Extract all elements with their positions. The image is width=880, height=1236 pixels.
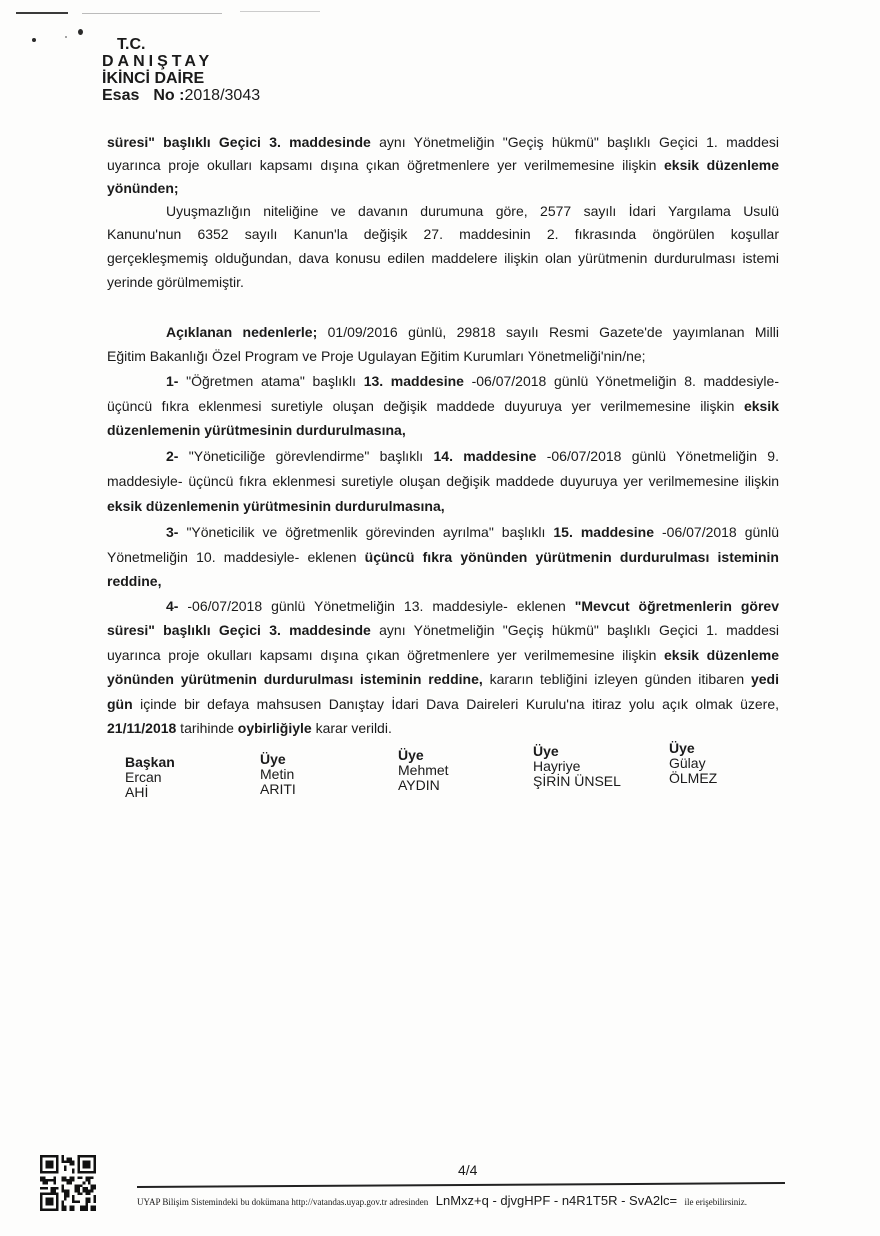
text-line: yönünden; <box>107 179 779 197</box>
chamber-name: İKİNCİ DAİRE <box>102 70 260 87</box>
text-line: eksik düzenlemenin yürütmesinin durdurul… <box>107 497 779 515</box>
text-line: düzenlemenin yürütmesinin durdurulmasına… <box>107 421 779 439</box>
list-item-2: 2- "Yöneticiliğe görevlendirme" başlıklı… <box>166 447 779 465</box>
footer-suffix: ile erişebilirsiniz. <box>685 1197 747 1207</box>
signature-member-4: Üye Gülay ÖLMEZ <box>669 741 717 786</box>
text-line: uyarınca proje okulları kapsamı dışına ç… <box>107 156 779 174</box>
text-line: yönünden yürütmenin durdurulması istemin… <box>107 670 779 688</box>
court-name: DANIŞTAY <box>102 53 260 70</box>
country-label: T.C. <box>102 36 260 53</box>
text-line: gün içinde bir defaya mahsusen Danıştay … <box>107 695 779 713</box>
text-line: Uyuşmazlığın niteliğine ve davanın durum… <box>166 202 779 220</box>
list-item-4: 4- -06/07/2018 günlü Yönetmeliğin 13. ma… <box>166 597 779 615</box>
text-line: Açıklanan nedenlerle; 01/09/2016 günlü, … <box>166 323 779 341</box>
footer-prefix: UYAP Bilişim Sistemindeki bu dokümana ht… <box>137 1197 428 1207</box>
case-number-line: EsasNo :2018/3043 <box>102 87 260 104</box>
scan-artifacts <box>0 0 880 30</box>
text-line: Yönetmeliğin 10. maddesiyle- eklenen üçü… <box>107 548 779 566</box>
text-line: 21/11/2018 tarihinde oybirliğiyle karar … <box>107 719 779 737</box>
text-line: maddesiyle- üçüncü fıkra eklenmesi suret… <box>107 472 779 490</box>
signature-member-1: Üye Metin ARITI <box>260 752 296 797</box>
text-line: yerinde görülmemiştir. <box>107 273 779 291</box>
text-line: uyarınca proje okulları kapsamı dışına ç… <box>107 646 779 664</box>
verification-code: LnMxz+q - djvgHPF - n4R1T5R - SvA2lc= <box>436 1193 677 1208</box>
footer-verification: UYAP Bilişim Sistemindeki bu dokümana ht… <box>137 1192 747 1210</box>
signature-member-3: Üye Hayriye ŞİRİN ÜNSEL <box>533 744 621 789</box>
court-header: T.C. DANIŞTAY İKİNCİ DAİRE EsasNo :2018/… <box>102 36 260 104</box>
text-line: süresi" başlıklı Geçici 3. maddesinde ay… <box>107 621 779 639</box>
text-line: Eğitim Bakanlığı Özel Program ve Proje U… <box>107 347 779 365</box>
case-number: 2018/3043 <box>184 87 260 104</box>
text-line: süresi" başlıklı Geçici 3. maddesinde ay… <box>107 133 779 151</box>
page-number: 4/4 <box>458 1162 477 1178</box>
text-line: üçüncü fıkra eklenmesi suretiyle oluşan … <box>107 397 779 415</box>
text-line: Kanunu'nun 6352 sayılı Kanun'la değişik … <box>107 225 779 243</box>
signature-president: Başkan Ercan AHİ <box>125 755 175 800</box>
footer-divider <box>137 1182 785 1188</box>
list-item-1: 1- "Öğretmen atama" başlıklı 13. maddesi… <box>166 372 779 390</box>
no-label: No : <box>153 87 184 104</box>
list-item-3: 3- "Yöneticilik ve öğretmenlik görevinde… <box>166 523 779 541</box>
text-line: gerçekleşmemiş olduğundan, dava konusu e… <box>107 249 779 267</box>
esas-label: Esas <box>102 87 139 104</box>
qr-code <box>40 1155 96 1211</box>
text-line: reddine, <box>107 572 779 590</box>
signature-member-2: Üye Mehmet AYDIN <box>398 748 449 793</box>
